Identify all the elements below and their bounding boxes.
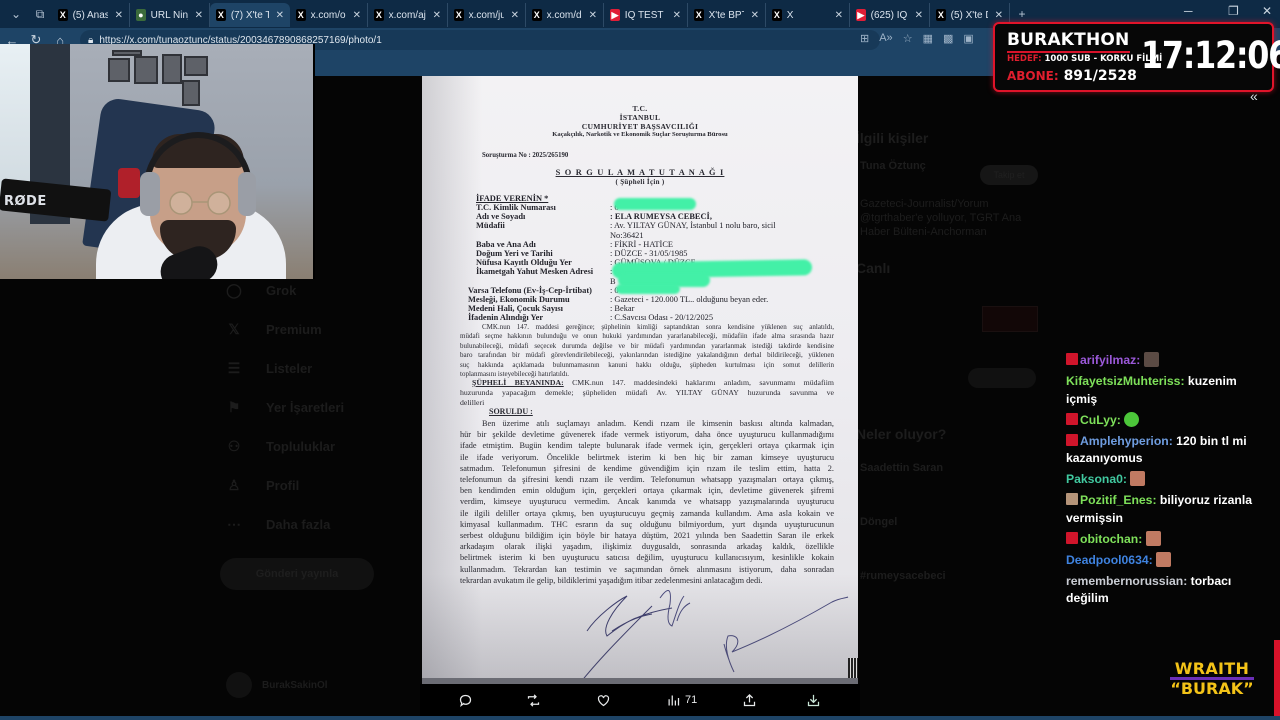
post-button[interactable]: Gönderi yayınla [220, 558, 374, 590]
close-tab-icon[interactable]: ✕ [115, 10, 123, 21]
chat-badge-icon [1066, 413, 1078, 425]
tab-title: x.com/onlyfutb [311, 10, 346, 21]
x-logo-icon: X [532, 9, 542, 21]
x-logo-icon: 𝕏 [226, 321, 242, 338]
goal-line: HEDEF: 1000 SUB - KORKU FİLMİ [1007, 54, 1162, 64]
trend-item[interactable]: Döngel [860, 516, 897, 528]
close-tab-icon[interactable]: ✕ [995, 10, 1003, 21]
account-switcher[interactable]: BurakSakinOl [226, 672, 328, 698]
sidebar-item[interactable]: ⚑Yer İşaretleri [226, 399, 344, 416]
communities-icon: ⚇ [226, 438, 242, 455]
chat-username[interactable]: Amplehyperion [1080, 434, 1169, 448]
chat-message: arifyilmaz: [1066, 352, 1266, 370]
read-aloud-icon[interactable]: A» [879, 32, 892, 45]
subathon-timer-overlay: BURAKTHON HEDEF: 1000 SUB - KORKU FİLMİ … [993, 22, 1274, 92]
wraith-burak-logo: WRAITH “BURAK” [1170, 660, 1254, 697]
chat-emote-icon [1156, 552, 1171, 567]
close-tab-icon[interactable]: ✕ [589, 10, 597, 21]
sidebar-item-label: Grok [266, 283, 296, 298]
chat-message: CuLyy: [1066, 412, 1266, 430]
qr-code [848, 658, 858, 678]
sidebar-item-label: Premium [266, 322, 322, 337]
chat-username[interactable]: arifyilmaz [1080, 353, 1136, 367]
browser-tab[interactable]: Xx.com/onlyfutb✕ [290, 3, 368, 27]
x-logo-icon: X [936, 9, 946, 21]
close-tab-icon[interactable]: ✕ [511, 10, 519, 21]
like-button[interactable] [596, 684, 611, 716]
chat-emote-icon [1146, 531, 1161, 546]
photo-viewer-top-band [315, 52, 1000, 76]
suggested-person-name[interactable]: Tuna Öztunç [860, 160, 926, 172]
share-icon [742, 693, 757, 708]
avatar [226, 672, 252, 698]
repost-icon [526, 693, 541, 708]
workspaces-icon[interactable]: ⧉ [28, 3, 52, 25]
close-tab-icon[interactable]: ✕ [835, 10, 843, 21]
close-tab-icon[interactable]: ✕ [751, 10, 759, 21]
repost-button[interactable] [526, 684, 541, 716]
browser-tab[interactable]: Xx.com/jurnalha✕ [448, 3, 526, 27]
chat-username[interactable]: CuLyy [1080, 413, 1117, 427]
live-heading: Canlı [856, 260, 890, 276]
restore-icon[interactable]: ❐ [1228, 4, 1239, 18]
sidebar-item[interactable]: ⚇Topluluklar [226, 438, 335, 455]
stream-chat: arifyilmaz: KifayetsizMuhteriss: kuzenim… [1066, 352, 1266, 611]
extension-icon[interactable]: ▩ [943, 32, 953, 45]
tab-title: X'te BPT: "Aydı [709, 10, 744, 21]
webcam-overlay: RØDE [0, 44, 315, 279]
chat-message: remembernorussian: torbacı değilim [1066, 573, 1266, 608]
chat-message: KifayetsizMuhteriss: kuzenim içmiş [1066, 373, 1266, 408]
sidebar-item-label: Daha fazla [266, 517, 330, 532]
more-icon: ⋯ [226, 516, 242, 533]
x-logo-icon: X [374, 9, 384, 21]
whats-happening-heading: Neler oluyor? [856, 426, 946, 442]
close-tab-icon[interactable]: ✕ [195, 10, 203, 21]
taskbar-edge [0, 716, 1280, 720]
chat-username[interactable]: obitochan [1080, 532, 1138, 546]
person-bio-line: @tgrthaber'e yolluyor, TGRT Ana [860, 212, 1021, 224]
tab-list-chevron-icon[interactable]: ⌄ [4, 3, 28, 25]
chat-message: obitochan: [1066, 531, 1266, 549]
chat-username[interactable]: remembernorussian [1066, 574, 1183, 588]
x-logo-icon: X [296, 9, 306, 21]
sidebar-item[interactable]: ☰Listeler [226, 360, 312, 377]
trend-item[interactable]: #rumeysacebeci [860, 570, 946, 582]
chat-message: Amplehyperion: 120 bin tl mi kazanıyomus [1066, 433, 1266, 468]
like-icon [596, 693, 611, 708]
poll-toggle[interactable] [968, 368, 1036, 388]
tab-title: (7) X'te Tuna Ö [231, 10, 269, 21]
browser-tab[interactable]: X(7) X'te Tuna Ö✕ [210, 3, 290, 27]
views-icon [666, 693, 681, 708]
follow-button[interactable]: Takip et [980, 165, 1038, 185]
screen: ⌄ ⧉ X(5) Anasayfa / X✕●URL Ninja (20)✕X(… [0, 0, 1280, 720]
browser-tab[interactable]: X(5) Anasayfa / X✕ [52, 3, 130, 27]
browser-tab[interactable]: XX✕ [766, 3, 850, 27]
views-button[interactable]: 71 [666, 684, 697, 716]
reply-button[interactable] [458, 684, 473, 716]
ninja-icon: ● [136, 9, 146, 21]
close-tab-icon[interactable]: ✕ [915, 10, 923, 21]
person-bio-line: Haber Bülteni-Anchorman [860, 226, 987, 238]
x-logo-icon: X [58, 9, 68, 21]
sidebar-item[interactable]: ◯Grok [226, 282, 296, 299]
browser-tab[interactable]: ●URL Ninja (20)✕ [130, 3, 210, 27]
close-tab-icon[interactable]: ✕ [433, 10, 441, 21]
chat-message: Pozitif_Enes: biliyoruz rizanla vermişsi… [1066, 492, 1266, 527]
live-thumbnail[interactable] [982, 306, 1038, 332]
favorite-star-icon[interactable]: ☆ [903, 32, 913, 45]
share-button[interactable] [742, 684, 757, 716]
close-tab-icon[interactable]: ✕ [276, 10, 284, 21]
photo-action-bar: 71 [420, 684, 860, 716]
sidebar-item-label: Listeler [266, 361, 312, 376]
x-logo-icon: X [216, 9, 226, 21]
document-photo: T.C.İSTANBULCUMHURİYET BAŞSAVCILIĞIKaçak… [422, 76, 858, 684]
x-logo-icon: X [772, 9, 782, 21]
youtube-icon: ▶ [856, 9, 866, 21]
chat-badge-icon [1066, 493, 1078, 505]
countdown-timer: 17:12:06 [1141, 34, 1280, 77]
tab-title: X [787, 10, 828, 21]
sidebar-item[interactable]: 𝕏Premium [226, 321, 322, 338]
sidebar-item-label: Profil [266, 478, 299, 493]
x-logo-icon: X [694, 9, 704, 21]
tab-title: x.com/durbuni [547, 10, 582, 21]
chat-emote-icon [1144, 352, 1159, 367]
chat-message: Deadpool0634: [1066, 552, 1266, 570]
browser-tab[interactable]: ▶IQ TEST : 10 SC✕ [604, 3, 688, 27]
download-button[interactable] [806, 684, 821, 716]
sidebar-item-label: Topluluklar [266, 439, 335, 454]
tab-title: IQ TEST : 10 SC [625, 10, 666, 21]
minimize-icon[interactable]: ─ [1184, 4, 1193, 18]
views-count: 71 [685, 694, 697, 706]
list-icon: ☰ [226, 360, 242, 377]
tab-title: (625) IQ TESTİ [871, 10, 908, 21]
sidebar-item[interactable]: ⋯Daha fazla [226, 516, 330, 533]
chat-emote-icon [1124, 412, 1139, 427]
browser-tab[interactable]: Xx.com/ajans_m✕ [368, 3, 448, 27]
chat-username[interactable]: Pozitif_Enes [1080, 493, 1152, 507]
trend-item[interactable]: Saadettin Saran [860, 462, 943, 474]
chat-badge-icon [1066, 434, 1078, 446]
browser-tab[interactable]: Xx.com/durbuni✕ [526, 3, 604, 27]
chat-badge-icon [1066, 353, 1078, 365]
collapse-panel-icon[interactable]: « [1250, 88, 1258, 104]
close-tab-icon[interactable]: ✕ [673, 10, 681, 21]
grok-icon: ◯ [226, 282, 242, 299]
who-to-follow-heading: İlgili kişiler [856, 130, 928, 146]
tab-title: x.com/ajans_m [389, 10, 426, 21]
chat-message: Paksona0: [1066, 471, 1266, 489]
tab-title: (5) Anasayfa / X [73, 10, 108, 21]
person-bio-line: Gazeteci-Journalist/Yorum [860, 198, 989, 210]
app-available-icon[interactable]: ⊞ [860, 32, 869, 45]
download-icon [806, 693, 821, 708]
sidebar-item-label: Yer İşaretleri [266, 400, 344, 415]
profile-icon: ♙ [226, 477, 242, 494]
chat-username[interactable]: Paksona0 [1066, 472, 1123, 486]
tab-title: (5) X'te Dürbü [951, 10, 988, 21]
account-name: BurakSakinOl [262, 680, 328, 691]
chat-emote-icon [1130, 471, 1145, 486]
signatures [422, 76, 858, 684]
sidebar-item[interactable]: ♙Profil [226, 477, 299, 494]
browser-tab[interactable]: ▶(625) IQ TESTİ✕ [850, 3, 930, 27]
x-logo-icon: X [454, 9, 464, 21]
mic-brand-label: RØDE [4, 194, 47, 209]
chat-username[interactable]: KifayetsizMuhteriss [1066, 374, 1180, 388]
browser-tab[interactable]: XX'te BPT: "Aydı✕ [688, 3, 766, 27]
extension-icon[interactable]: ▦ [923, 32, 933, 45]
timer-brand: BURAKTHON [1007, 30, 1130, 53]
close-window-icon[interactable]: ✕ [1262, 4, 1272, 18]
close-tab-icon[interactable]: ✕ [353, 10, 361, 21]
youtube-icon: ▶ [610, 9, 620, 21]
reply-icon [458, 693, 473, 708]
tab-title: URL Ninja (20) [151, 10, 188, 21]
subscriber-count: ABONE: 891/2528 [1007, 68, 1137, 84]
tab-title: x.com/jurnalha [469, 10, 504, 21]
chat-username[interactable]: Deadpool0634 [1066, 553, 1149, 567]
bookmark-icon: ⚑ [226, 399, 242, 416]
chat-badge-icon [1066, 532, 1078, 544]
extension-icon[interactable]: ▣ [963, 32, 973, 45]
